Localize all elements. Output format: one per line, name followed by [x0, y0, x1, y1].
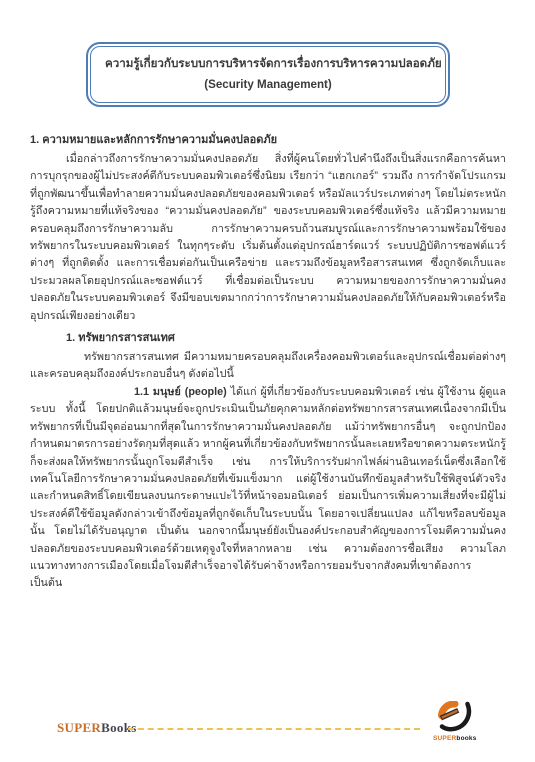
- section1-paragraph: เมื่อกล่าวถึงการรักษาความมั่นคงปลอดภัย ส…: [30, 151, 506, 325]
- section3-heading: 1.1 มนุษย์ (people): [134, 386, 227, 398]
- footer-logo-books: books: [456, 735, 476, 742]
- section2-paragraph: ทรัพยากรสารสนเทศ มีความหมายครอบคลุมถึงเค…: [30, 349, 506, 384]
- section2-heading: 1. ทรัพยากรสารสนเทศ: [66, 328, 506, 346]
- footer-logo-wordmark: SUPERbooks: [433, 735, 475, 742]
- title-box-inner: ความรู้เกี่ยวกับระบบการบริหารจัดการเรื่อ…: [90, 46, 446, 103]
- section3-paragraph-text: ได้แก่ ผู้ที่เกี่ยวข้องกับระบบคอมพิวเตอร…: [30, 386, 506, 589]
- superbooks-swoosh-logo-icon: [436, 701, 472, 735]
- footer-brand-super: SUPER: [57, 720, 101, 735]
- footer-divider-dashed-line: [128, 728, 420, 730]
- page-content: ความรู้เกี่ยวกับระบบการบริหารจัดการเรื่อ…: [30, 0, 506, 593]
- document-page: { "title_box": { "line1": "ความรู้เกี่ยว…: [0, 0, 535, 762]
- footer-logo-super: SUPER: [433, 735, 456, 742]
- section3-paragraph: 1.1 มนุษย์ (people) ได้แก่ ผู้ที่เกี่ยวข…: [30, 384, 506, 593]
- document-title-thai: ความรู้เกี่ยวกับระบบการบริหารจัดการเรื่อ…: [105, 53, 431, 74]
- document-title-english: (Security Management): [105, 74, 431, 95]
- footer-brand-wordmark: SUPERBooks: [57, 720, 137, 736]
- title-box: ความรู้เกี่ยวกับระบบการบริหารจัดการเรื่อ…: [86, 42, 450, 107]
- footer-logo: SUPERbooks: [433, 701, 475, 742]
- section1-heading: 1. ความหมายและหลักการรักษาความมั่นคงปลอด…: [30, 130, 506, 148]
- page-footer: SUPERBooks SUPERbooks: [0, 696, 535, 744]
